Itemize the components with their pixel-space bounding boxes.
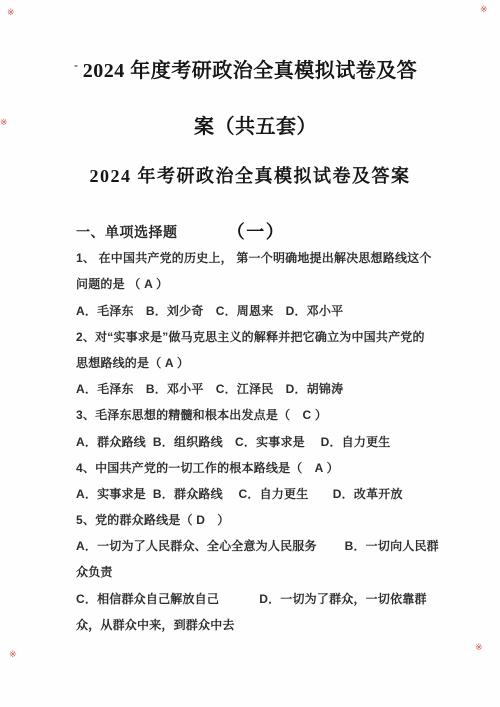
option-line: A．毛泽东 B．刘少奇 C．周恩来 D．邓小平	[76, 298, 442, 324]
question-line: 问题的是 （ A ）	[76, 271, 442, 297]
question-line: 2、对“实事求是”做马克思主义的解释并把它确立为中国共产党的	[76, 324, 442, 350]
red-watermark-mark: ※	[480, 6, 488, 15]
question-line: 1、 在中国共产党的历史上， 第一个明确地提出解决思想路线这个	[76, 245, 442, 271]
document-page: ※ ※ ※ ※ ※ - 2024 年度考研政治全真模拟试卷及答 案（共五套） 2…	[0, 0, 500, 707]
option-line: A．群众路线 B．组织路线 C．实事求是 D．自力更生	[76, 429, 442, 455]
document-title-line1: 2024 年度考研政治全真模拟试卷及答	[83, 60, 418, 82]
option-line: C．相信群众自己解放自己 D．一切为了群众，一切依靠群	[76, 586, 442, 612]
option-line: 众负责	[76, 559, 442, 585]
document-title: 2024 年度考研政治全真模拟试卷及答 案（共五套）	[0, 57, 500, 141]
option-line: 众，从群众中来，到群众中去	[76, 612, 442, 638]
question-line: 3、毛泽东思想的精髓和根本出发点是（ C ）	[76, 402, 442, 428]
section-heading: 一、单项选择题	[76, 219, 442, 245]
question-line: 4、中国共产党的一切工作的根本路线是（ A ）	[76, 455, 442, 481]
question-line: 思想路线的是（ A ）	[76, 350, 442, 376]
option-line: A．毛泽东 B．邓小平 C．江泽民 D．胡锦涛	[76, 376, 442, 402]
document-title-line2: 案（共五套）	[194, 116, 317, 138]
red-watermark-mark: ※	[7, 9, 15, 18]
question-line: 5、党的群众路线是（ D ）	[76, 507, 442, 533]
red-watermark-mark: ※	[9, 651, 17, 660]
red-watermark-mark: ※	[475, 644, 483, 653]
paper-subtitle-line1: 2024 年考研政治全真模拟试卷及答案	[90, 166, 411, 186]
option-line: A．实事求是 B．群众路线 C．自力更生 D．改革开放	[76, 481, 442, 507]
question-body: 一、单项选择题 1、 在中国共产党的历史上， 第一个明确地提出解决思想路线这个 …	[76, 219, 442, 638]
option-line: A．一切为了人民群众、全心全意为人民服务 B．一切向人民群	[76, 533, 442, 559]
